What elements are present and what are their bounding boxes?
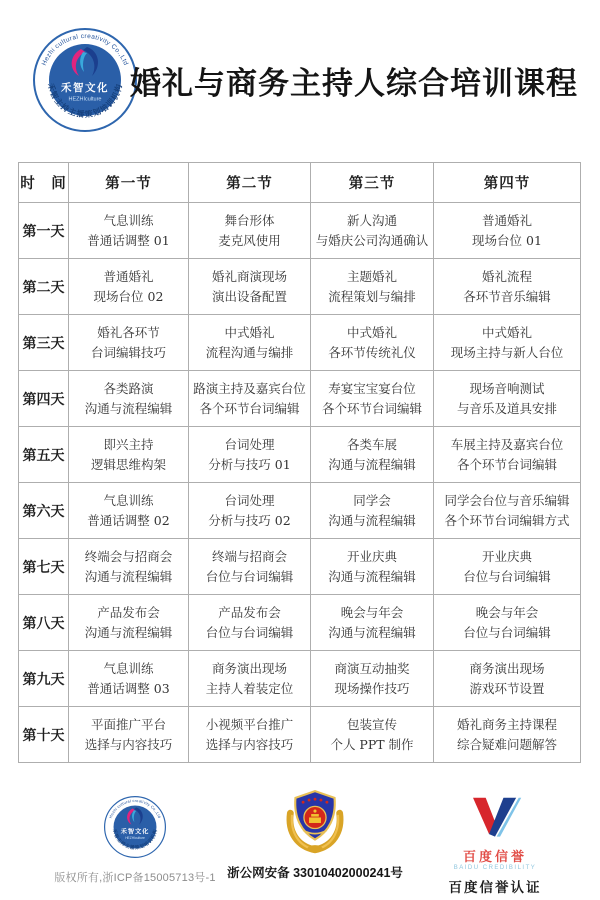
seal-name-en: HEZHIculture (125, 836, 145, 840)
cell-line: 各个环节台词编辑 (189, 399, 310, 419)
cell-line: 沟通与流程编辑 (69, 567, 188, 587)
schedule-cell: 台词处理分析与技巧 02 (189, 483, 311, 539)
schedule-cell: 商务演出现场游戏环节设置 (434, 651, 581, 707)
column-header: 时 间 (19, 163, 69, 203)
cell-line: 现场音响测试 (434, 379, 580, 399)
course-poster: Hezhi cultural creativity Co.,Ltd 禾智主持主播… (0, 0, 600, 900)
column-header: 第一节 (69, 163, 189, 203)
cell-line: 各类路演 (69, 379, 188, 399)
day-label: 第八天 (19, 595, 69, 651)
schedule-cell: 普通婚礼现场台位 01 (434, 203, 581, 259)
day-label: 第一天 (19, 203, 69, 259)
cell-line: 气息训练 (69, 491, 188, 511)
cell-line: 主持人着装定位 (189, 679, 310, 699)
table-row: 第十天平面推广平台选择与内容技巧小视频平台推广选择与内容技巧包装宣传个人 PPT… (19, 707, 581, 763)
cell-line: 商演互动抽奖 (311, 659, 433, 679)
schedule-cell: 路演主持及嘉宾台位各个环节台词编辑 (189, 371, 311, 427)
cell-line: 综合疑难问题解答 (434, 735, 580, 755)
seal-name-en: HEZHIculture (68, 97, 101, 103)
schedule-cell: 即兴主持逻辑思维构架 (69, 427, 189, 483)
police-badge-icon (281, 786, 349, 854)
table-body: 第一天气息训练普通话调整 01舞台形体麦克风使用新人沟通与婚庆公司沟通确认普通婚… (19, 203, 581, 763)
table-row: 第五天即兴主持逻辑思维构架台词处理分析与技巧 01各类车展沟通与流程编辑车展主持… (19, 427, 581, 483)
cell-line: 逻辑思维构架 (69, 455, 188, 475)
cell-line: 现场操作技巧 (311, 679, 433, 699)
cell-line: 现场台位 01 (434, 231, 580, 251)
cell-line: 商务演出现场 (189, 659, 310, 679)
page-title: 婚礼与商务主持人综合培训课程 (126, 58, 582, 110)
table-row: 第一天气息训练普通话调整 01舞台形体麦克风使用新人沟通与婚庆公司沟通确认普通婚… (19, 203, 581, 259)
cell-line: 台词编辑技巧 (69, 343, 188, 363)
schedule-cell: 车展主持及嘉宾台位各个环节台词编辑 (434, 427, 581, 483)
cell-line: 现场台位 02 (69, 287, 188, 307)
schedule-cell: 产品发布会台位与台词编辑 (189, 595, 311, 651)
table-row: 第三天婚礼各环节台词编辑技巧中式婚礼流程沟通与编排中式婚礼各环节传统礼仪中式婚礼… (19, 315, 581, 371)
cell-line: 晚会与年会 (311, 603, 433, 623)
footer-police-block: 浙公网安备 33010402000241号 (225, 786, 405, 881)
cell-line: 选择与内容技巧 (189, 735, 310, 755)
cell-line: 沟通与流程编辑 (311, 511, 433, 531)
schedule-cell: 晚会与年会沟通与流程编辑 (311, 595, 434, 651)
column-header: 第三节 (311, 163, 434, 203)
schedule-cell: 同学会沟通与流程编辑 (311, 483, 434, 539)
cell-line: 各类车展 (311, 435, 433, 455)
cell-line: 各环节音乐编辑 (434, 287, 580, 307)
cell-line: 分析与技巧 02 (189, 511, 310, 531)
cell-line: 台位与台词编辑 (189, 567, 310, 587)
column-header: 第四节 (434, 163, 581, 203)
cell-line: 普通婚礼 (434, 211, 580, 231)
day-label: 第九天 (19, 651, 69, 707)
cell-line: 开业庆典 (311, 547, 433, 567)
schedule-cell: 商务演出现场主持人着装定位 (189, 651, 311, 707)
cell-line: 商务演出现场 (434, 659, 580, 679)
cell-line: 婚礼流程 (434, 267, 580, 287)
cell-line: 台位与台词编辑 (189, 623, 310, 643)
cell-line: 演出设备配置 (189, 287, 310, 307)
schedule-cell: 平面推广平台选择与内容技巧 (69, 707, 189, 763)
baidu-name-en: BAIDU CREDIBILITY (415, 865, 575, 871)
schedule-cell: 各类路演沟通与流程编辑 (69, 371, 189, 427)
schedule-cell: 舞台形体麦克风使用 (189, 203, 311, 259)
cell-line: 中式婚礼 (311, 323, 433, 343)
schedule-cell: 产品发布会沟通与流程编辑 (69, 595, 189, 651)
schedule-cell: 台词处理分析与技巧 01 (189, 427, 311, 483)
schedule-cell: 终端会与招商会沟通与流程编辑 (69, 539, 189, 595)
schedule-cell: 婚礼流程各环节音乐编辑 (434, 259, 581, 315)
schedule-cell: 普通婚礼现场台位 02 (69, 259, 189, 315)
cell-line: 沟通与流程编辑 (311, 455, 433, 475)
schedule-cell: 气息训练普通话调整 03 (69, 651, 189, 707)
cell-line: 中式婚礼 (189, 323, 310, 343)
cell-line: 个人 PPT 制作 (311, 735, 433, 755)
table-row: 第七天终端会与招商会沟通与流程编辑终端与招商会台位与台词编辑开业庆典沟通与流程编… (19, 539, 581, 595)
cell-line: 与音乐及道具安排 (434, 399, 580, 419)
cell-line: 主题婚礼 (311, 267, 433, 287)
cell-line: 终端与招商会 (189, 547, 310, 567)
schedule-cell: 中式婚礼流程沟通与编排 (189, 315, 311, 371)
cell-line: 新人沟通 (311, 211, 433, 231)
cell-line: 气息训练 (69, 211, 188, 231)
police-record-text: 浙公网安备 33010402000241号 (225, 863, 405, 881)
baidu-credibility-icon (466, 796, 524, 840)
cell-line: 流程沟通与编排 (189, 343, 310, 363)
seal-name-cn: 禾智文化 (61, 81, 109, 94)
cell-line: 开业庆典 (434, 547, 580, 567)
schedule-cell: 各类车展沟通与流程编辑 (311, 427, 434, 483)
company-seal-logo-small: Hezhi cultural creativity Co.,Ltd 禾智主持主播… (104, 796, 166, 858)
cell-line: 沟通与流程编辑 (311, 567, 433, 587)
day-label: 第三天 (19, 315, 69, 371)
cell-line: 产品发布会 (69, 603, 188, 623)
table-row: 第九天气息训练普通话调整 03商务演出现场主持人着装定位商演互动抽奖现场操作技巧… (19, 651, 581, 707)
cell-line: 沟通与流程编辑 (69, 623, 188, 643)
table-row: 第二天普通婚礼现场台位 02婚礼商演现场演出设备配置主题婚礼流程策划与编排婚礼流… (19, 259, 581, 315)
cell-line: 婚礼各环节 (69, 323, 188, 343)
day-label: 第二天 (19, 259, 69, 315)
cell-line: 各环节传统礼仪 (311, 343, 433, 363)
schedule-cell: 婚礼商务主持课程综合疑难问题解答 (434, 707, 581, 763)
header-row: 时 间第一节第二节第三节第四节 (19, 163, 581, 203)
cell-line: 同学会台位与音乐编辑 (434, 491, 580, 511)
table-row: 第八天产品发布会沟通与流程编辑产品发布会台位与台词编辑晚会与年会沟通与流程编辑晚… (19, 595, 581, 651)
schedule-cell: 现场音响测试与音乐及道具安排 (434, 371, 581, 427)
schedule-cell: 寿宴宝宝宴台位各个环节台词编辑 (311, 371, 434, 427)
schedule-cell: 包装宣传个人 PPT 制作 (311, 707, 434, 763)
table-row: 第六天气息训练普通话调整 02台词处理分析与技巧 02同学会沟通与流程编辑同学会… (19, 483, 581, 539)
cell-line: 各个环节台词编辑 (311, 399, 433, 419)
cell-line: 流程策划与编排 (311, 287, 433, 307)
table-header: 时 间第一节第二节第三节第四节 (19, 163, 581, 203)
cell-line: 路演主持及嘉宾台位 (189, 379, 310, 399)
cell-line: 台词处理 (189, 491, 310, 511)
schedule-cell: 小视频平台推广选择与内容技巧 (189, 707, 311, 763)
schedule-table: 时 间第一节第二节第三节第四节 第一天气息训练普通话调整 01舞台形体麦克风使用… (18, 162, 581, 763)
cell-line: 终端会与招商会 (69, 547, 188, 567)
baidu-name-cn: 百度信誉 (415, 846, 575, 865)
day-label: 第七天 (19, 539, 69, 595)
cell-line: 产品发布会 (189, 603, 310, 623)
cell-line: 台位与台词编辑 (434, 623, 580, 643)
cell-line: 沟通与流程编辑 (69, 399, 188, 419)
cell-line: 台位与台词编辑 (434, 567, 580, 587)
cell-line: 台词处理 (189, 435, 310, 455)
schedule-cell: 气息训练普通话调整 02 (69, 483, 189, 539)
cell-line: 选择与内容技巧 (69, 735, 188, 755)
day-label: 第六天 (19, 483, 69, 539)
cell-line: 沟通与流程编辑 (311, 623, 433, 643)
cell-line: 平面推广平台 (69, 715, 188, 735)
cell-line: 包装宣传 (311, 715, 433, 735)
footer-copyright-block: Hezhi cultural creativity Co.,Ltd 禾智主持主播… (30, 796, 240, 885)
day-label: 第四天 (19, 371, 69, 427)
schedule-cell: 商演互动抽奖现场操作技巧 (311, 651, 434, 707)
schedule-cell: 气息训练普通话调整 01 (69, 203, 189, 259)
cell-line: 分析与技巧 01 (189, 455, 310, 475)
schedule-cell: 晚会与年会台位与台词编辑 (434, 595, 581, 651)
day-label: 第五天 (19, 427, 69, 483)
footer-baidu-block: 百度信誉 BAIDU CREDIBILITY 百度信誉认证 (415, 796, 575, 896)
schedule-cell: 主题婚礼流程策划与编排 (311, 259, 434, 315)
cell-line: 车展主持及嘉宾台位 (434, 435, 580, 455)
table-row: 第四天各类路演沟通与流程编辑路演主持及嘉宾台位各个环节台词编辑寿宴宝宝宴台位各个… (19, 371, 581, 427)
cell-line: 麦克风使用 (189, 231, 310, 251)
cell-line: 晚会与年会 (434, 603, 580, 623)
cell-line: 寿宴宝宝宴台位 (311, 379, 433, 399)
baidu-cert-text: 百度信誉认证 (415, 876, 575, 896)
schedule-cell: 同学会台位与音乐编辑各个环节台词编辑方式 (434, 483, 581, 539)
cell-line: 同学会 (311, 491, 433, 511)
cell-line: 各个环节台词编辑方式 (434, 511, 580, 531)
column-header: 第二节 (189, 163, 311, 203)
schedule-cell: 开业庆典台位与台词编辑 (434, 539, 581, 595)
cell-line: 游戏环节设置 (434, 679, 580, 699)
cell-line: 普通婚礼 (69, 267, 188, 287)
schedule-cell: 婚礼商演现场演出设备配置 (189, 259, 311, 315)
cell-line: 小视频平台推广 (189, 715, 310, 735)
schedule-cell: 中式婚礼现场主持与新人台位 (434, 315, 581, 371)
schedule-cell: 新人沟通与婚庆公司沟通确认 (311, 203, 434, 259)
cell-line: 各个环节台词编辑 (434, 455, 580, 475)
company-seal-logo: Hezhi cultural creativity Co.,Ltd 禾智主持主播… (33, 28, 137, 132)
cell-line: 婚礼商演现场 (189, 267, 310, 287)
schedule-cell: 中式婚礼各环节传统礼仪 (311, 315, 434, 371)
icp-copyright-text: 版权所有,浙ICP备15005713号-1 (30, 869, 240, 885)
cell-line: 现场主持与新人台位 (434, 343, 580, 363)
cell-line: 舞台形体 (189, 211, 310, 231)
schedule-cell: 终端与招商会台位与台词编辑 (189, 539, 311, 595)
cell-line: 中式婚礼 (434, 323, 580, 343)
schedule-cell: 婚礼各环节台词编辑技巧 (69, 315, 189, 371)
schedule-cell: 开业庆典沟通与流程编辑 (311, 539, 434, 595)
cell-line: 普通话调整 02 (69, 511, 188, 531)
day-label: 第十天 (19, 707, 69, 763)
cell-line: 即兴主持 (69, 435, 188, 455)
cell-line: 气息训练 (69, 659, 188, 679)
cell-line: 与婚庆公司沟通确认 (311, 231, 433, 251)
cell-line: 婚礼商务主持课程 (434, 715, 580, 735)
cell-line: 普通话调整 01 (69, 231, 188, 251)
cell-line: 普通话调整 03 (69, 679, 188, 699)
